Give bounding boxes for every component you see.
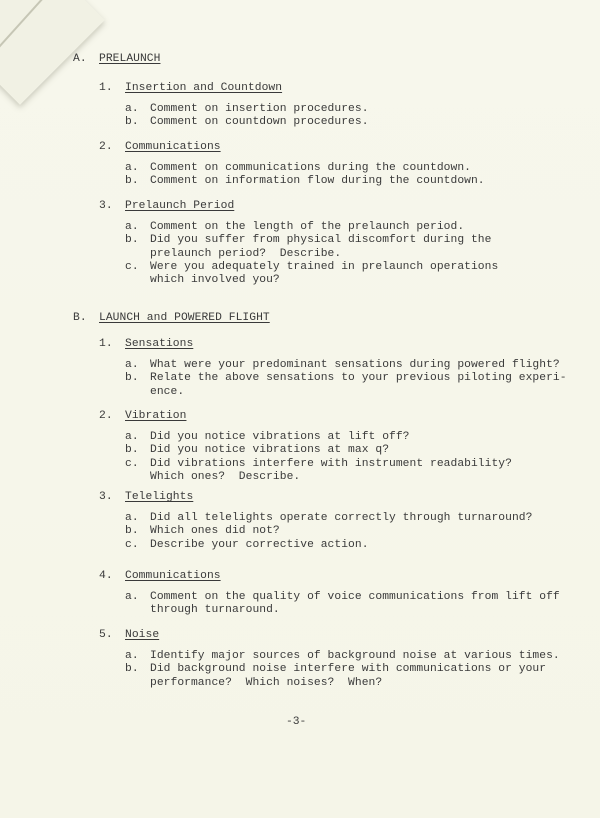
item-text: Which ones did not? (150, 525, 280, 538)
subsection-title: Telelights (125, 491, 193, 504)
item-text: Did you notice vibrations at max q? (150, 444, 389, 457)
item-text: Did you notice vibrations at lift off? (150, 431, 410, 444)
subsection-title: Insertion and Countdown (125, 82, 282, 95)
subsection-title: Communications (125, 141, 221, 154)
subsection-number: 1. (99, 338, 113, 351)
subsection-number: 2. (99, 141, 113, 154)
item-text: Comment on information flow during the c… (150, 175, 485, 188)
folded-corner (0, 0, 105, 105)
item-text: Did vibrations interfere with instrument… (150, 458, 512, 471)
item-letter: a. (125, 359, 139, 372)
subsection-number: 4. (99, 570, 113, 583)
page-number: -3- (286, 716, 306, 728)
item-letter: b. (125, 116, 139, 129)
item-letter: a. (125, 162, 139, 175)
item-text: Relate the above sensations to your prev… (150, 372, 567, 385)
item-text: Comment on insertion procedures. (150, 103, 369, 116)
item-text: Were you adequately trained in prelaunch… (150, 261, 498, 274)
item-letter: b. (125, 234, 139, 247)
item-text: which involved you? (150, 274, 280, 287)
item-text: through turnaround. (150, 604, 280, 617)
subsection-number: 5. (99, 629, 113, 642)
subsection-title: Vibration (125, 410, 186, 423)
item-text: ence. (150, 386, 184, 399)
item-text: Comment on communications during the cou… (150, 162, 471, 175)
section-title: LAUNCH and POWERED FLIGHT (99, 312, 270, 325)
item-text: Which ones? Describe. (150, 471, 300, 484)
document-page: A.PRELAUNCH1.Insertion and Countdowna.Co… (0, 0, 600, 818)
item-letter: a. (125, 431, 139, 444)
subsection-number: 3. (99, 491, 113, 504)
item-letter: b. (125, 525, 139, 538)
item-text: Did all telelights operate correctly thr… (150, 512, 532, 525)
subsection-title: Sensations (125, 338, 193, 351)
item-text: Describe your corrective action. (150, 539, 369, 552)
subsection-title: Communications (125, 570, 221, 583)
subsection-title: Noise (125, 629, 159, 642)
item-text: performance? Which noises? When? (150, 677, 382, 690)
subsection-number: 1. (99, 82, 113, 95)
subsection-number: 2. (99, 410, 113, 423)
item-letter: b. (125, 663, 139, 676)
subsection-number: 3. (99, 200, 113, 213)
item-letter: c. (125, 458, 139, 471)
item-text: prelaunch period? Describe. (150, 248, 341, 261)
item-letter: b. (125, 372, 139, 385)
item-text: Comment on countdown procedures. (150, 116, 369, 129)
item-text: What were your predominant sensations du… (150, 359, 560, 372)
item-letter: c. (125, 261, 139, 274)
item-letter: a. (125, 650, 139, 663)
section-title: PRELAUNCH (99, 53, 160, 66)
item-letter: b. (125, 175, 139, 188)
item-text: Identify major sources of background noi… (150, 650, 560, 663)
item-letter: b. (125, 444, 139, 457)
subsection-title: Prelaunch Period (125, 200, 234, 213)
item-letter: a. (125, 103, 139, 116)
section-letter: A. (73, 53, 87, 66)
item-text: Comment on the length of the prelaunch p… (150, 221, 464, 234)
item-letter: a. (125, 591, 139, 604)
item-letter: c. (125, 539, 139, 552)
item-letter: a. (125, 512, 139, 525)
item-letter: a. (125, 221, 139, 234)
item-text: Comment on the quality of voice communic… (150, 591, 560, 604)
section-letter: B. (73, 312, 87, 325)
item-text: Did you suffer from physical discomfort … (150, 234, 491, 247)
item-text: Did background noise interfere with comm… (150, 663, 546, 676)
